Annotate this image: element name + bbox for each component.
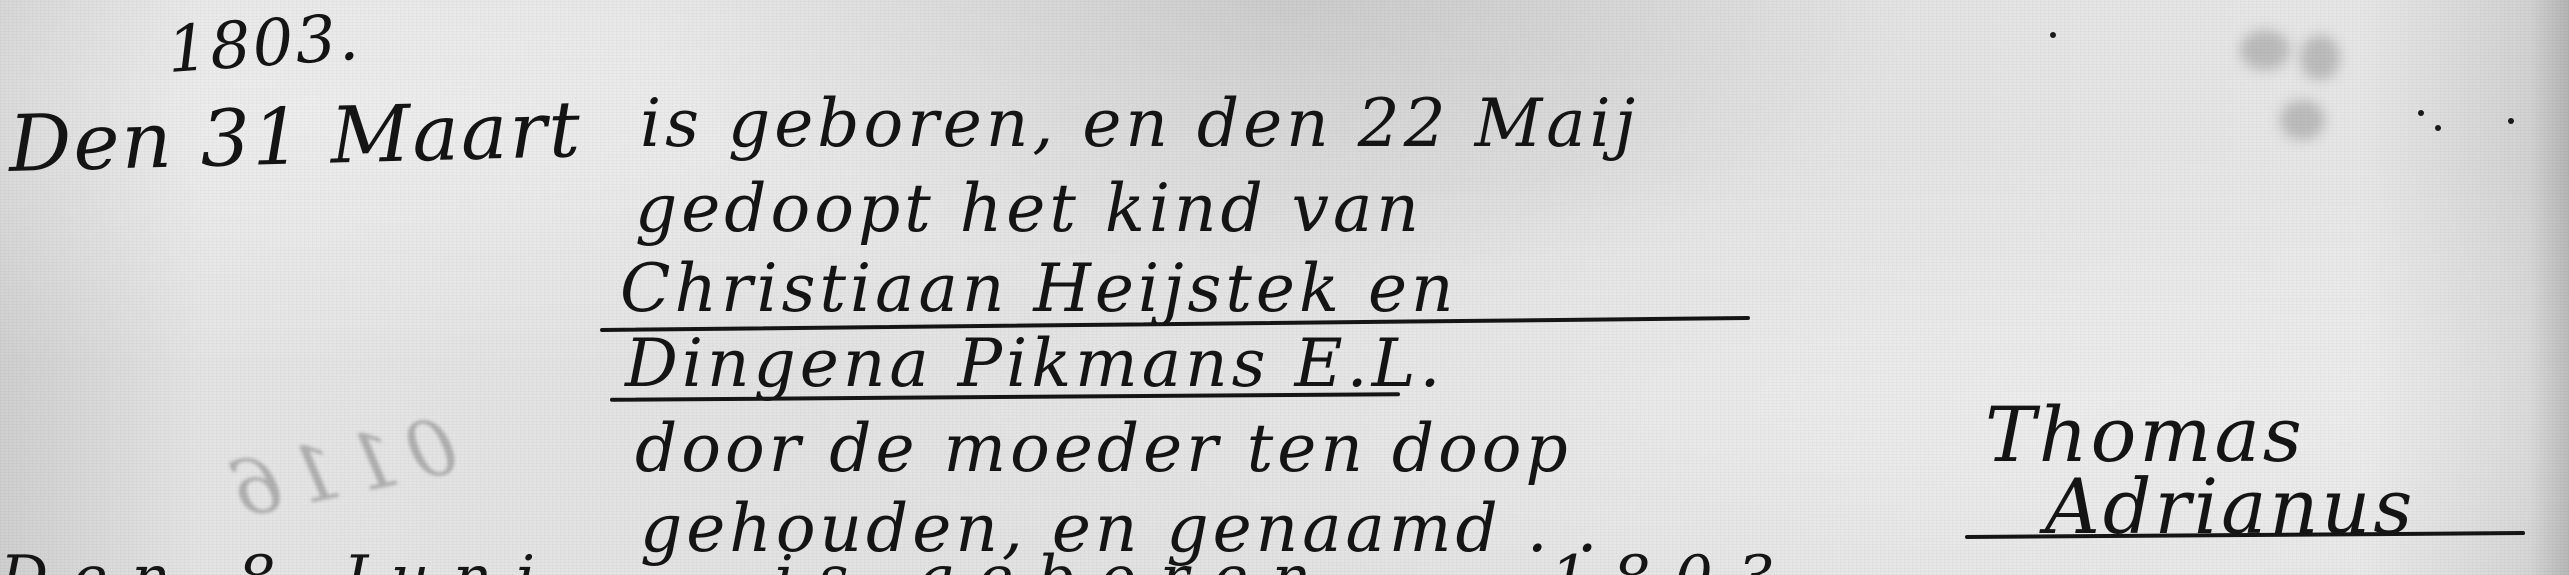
next-entry-cutoff-line: Den 8 Juni ... is geboren ... 1803 ... [0,548,2000,575]
entry-line-baptized: gedoopt het kind van [635,170,1423,247]
ink-speck [2508,118,2514,124]
ink-speck [2435,125,2441,131]
ink-speck [2418,110,2424,116]
ink-stain [2300,35,2340,80]
page-edge-shadow [2529,0,2569,575]
bleed-through-number: 0116 [213,401,465,539]
entry-date-margin: Den 31 Maart [8,85,583,190]
entry-line-father: Christiaan Heijstek en [620,250,1458,327]
ink-speck [2050,32,2056,38]
entry-line-mother: Dingena Pikmans E.L. [625,325,1444,402]
scanned-register-page: 0116 1803. Den 31 Maart is geboren, en d… [0,0,2569,575]
entry-line-godparent: door de moeder ten doop [635,410,1572,487]
ink-stain [2240,30,2290,70]
ink-stain [2280,100,2325,140]
entry-year: 1803. [165,1,363,88]
entry-line-birth: is geboren, en den 22 Maij [640,85,1639,162]
